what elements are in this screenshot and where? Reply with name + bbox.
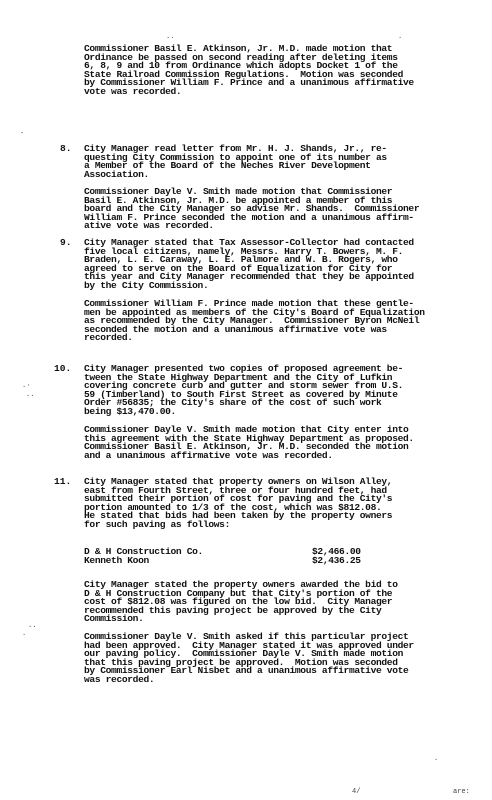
bid-row-bidder: Kenneth Koon bbox=[84, 556, 149, 565]
scan-speck: . bbox=[22, 630, 26, 638]
item-number: 8. bbox=[60, 144, 72, 153]
text-line: and a unanimous affirmative vote was rec… bbox=[84, 451, 333, 460]
footer-mark: 4/ bbox=[352, 788, 360, 796]
item-number: 10. bbox=[54, 364, 71, 373]
text-line: was recorded. bbox=[84, 675, 154, 684]
text-line: being $13,470.00. bbox=[84, 407, 176, 416]
scan-speck: .. bbox=[28, 622, 36, 630]
text-line: vote was recorded. bbox=[84, 87, 181, 96]
item-number: 11. bbox=[54, 477, 71, 486]
scan-speck: .. bbox=[166, 33, 174, 41]
scan-speck: . bbox=[434, 755, 438, 763]
item-number: 9. bbox=[60, 238, 72, 247]
text-line: for such paving as follows: bbox=[84, 520, 230, 529]
text-line: ative vote was recorded. bbox=[84, 221, 214, 230]
footer-mark: are: bbox=[453, 788, 470, 796]
scan-speck: .· bbox=[22, 382, 30, 390]
text-line: Association. bbox=[84, 170, 149, 179]
text-line: recorded. bbox=[84, 333, 133, 342]
scan-speck: . bbox=[398, 33, 402, 41]
bid-row-amount: $2,436.25 bbox=[312, 556, 361, 565]
text-line: by the City Commission. bbox=[84, 281, 208, 290]
text-line: Commission. bbox=[84, 614, 143, 623]
document-page: Commissioner Basil E. Atkinson, Jr. M.D.… bbox=[0, 0, 492, 800]
scan-speck: .. bbox=[26, 391, 34, 399]
scan-speck: - bbox=[20, 130, 24, 138]
